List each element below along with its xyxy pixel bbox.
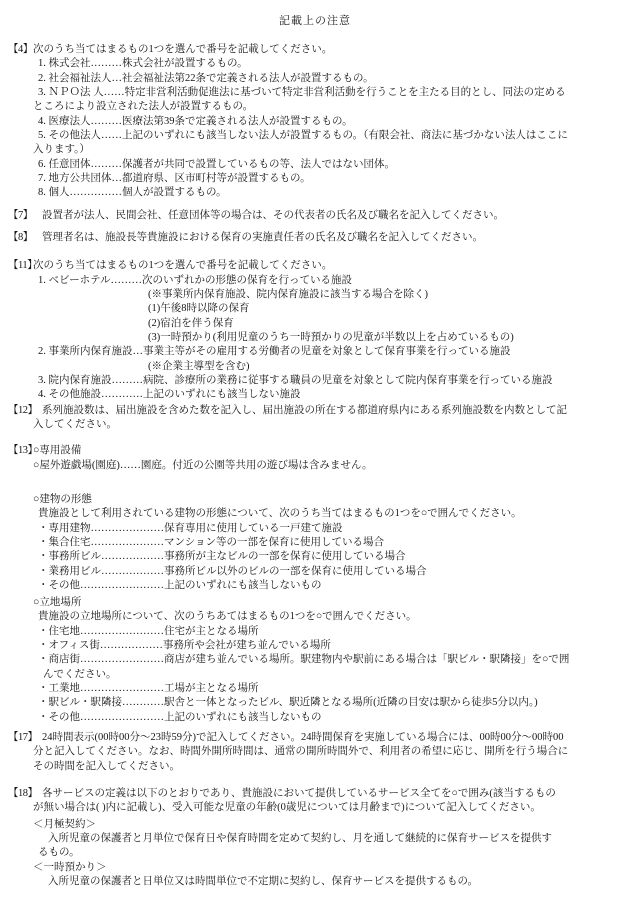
doc-line: 入ります。）	[0, 143, 630, 157]
doc-line: ＜月極契約＞	[0, 818, 630, 832]
doc-line: 6. 任意団体………保護者が共同で設置しているもの等、法人ではない団体。	[0, 158, 630, 172]
doc-line: (※企業主導型を含む)	[0, 360, 630, 374]
doc-line: 貴施設の立地場所について、次のうちあてはまるもの1つを○で囲んでください。	[0, 610, 630, 624]
doc-line: ・その他……………………上記のいずれにも該当しないもの	[0, 711, 630, 725]
doc-line: 1. 株式会社………株式会社が設置するもの。	[0, 57, 630, 71]
section-marker: 【18】	[8, 787, 38, 801]
doc-line: 【13】○専用設備	[0, 444, 630, 458]
section-marker: 【4】	[8, 43, 33, 57]
doc-line: ○建物の形態	[0, 493, 630, 507]
doc-line: 入所児童の保護者と月単位で保育日や保育時間を定めて契約し、月を通して継続的に保育…	[0, 832, 630, 846]
doc-line: ・業務用ビル………………事務所ビル以外のビルの一部を保育に使用している場合	[0, 565, 630, 579]
section-s11: 【11】次のうち当てはまるもの1つを選んで番号を記載してください。1. ベビーホ…	[0, 259, 630, 402]
doc-line: 【11】次のうち当てはまるもの1つを選んで番号を記載してください。	[0, 259, 630, 273]
doc-line: 2. 事業所内保育施設…事業主等がその雇用する労働者の児童を対象として保育事業を…	[0, 345, 630, 359]
doc-line: 8. 個人……………個人が設置するもの。	[0, 186, 630, 200]
doc-line: ・事務所ビル………………事務所が主なビルの一部を保育に使用している場合	[0, 550, 630, 564]
doc-line: ・工業地……………………工場が主となる場所	[0, 682, 630, 696]
doc-line: ○立地場所	[0, 596, 630, 610]
section-definitions: ＜月極契約＞入所児童の保護者と月単位で保育日や保育時間を定めて契約し、月を通して…	[0, 818, 630, 890]
document-body: 【4】次のうち当てはまるもの1つを選んで番号を記載してください。1. 株式会社……	[0, 43, 630, 889]
section-s4: 【4】次のうち当てはまるもの1つを選んで番号を記載してください。1. 株式会社……	[0, 43, 630, 201]
doc-line: ・専用建物…………………保育専用に使用している一戸建て施設	[0, 522, 630, 536]
doc-line: (※事業所内保育施設、院内保育施設に該当する場合を除く)	[0, 288, 630, 302]
doc-line: 3. 院内保育施設………病院、診療所の業務に従事する職員の児童を対象として院内保…	[0, 374, 630, 388]
doc-line: ・商店街……………………商店が建ち並んでいる場所。駅建物内や駅前にある場合は「駅…	[0, 653, 630, 667]
doc-line: が無い場合は( )内に記載し)、受入可能な児童の年齢(0歳児については月齢まで)…	[0, 801, 630, 815]
document-page: 記載上の注意 【4】次のうち当てはまるもの1つを選んで番号を記載してください。1…	[0, 0, 630, 903]
doc-line: 5. その他法人……上記のいずれにも該当しない法人が設置するもの。（有限会社、商…	[0, 129, 630, 143]
section-s13-building: ○建物の形態貴施設として利用されている建物の形態について、次のうち当てはまるもの…	[0, 493, 630, 593]
section-s17: 【17】24時間表示(00時00分～23時59分)で記入してください。24時間保…	[0, 731, 630, 774]
section-marker: 【11】	[8, 259, 37, 273]
doc-line: 【8】管理者名は、施設長等貴施設における保育の実施責任者の氏名及び職名を記入して…	[0, 231, 630, 245]
doc-line: んでください。	[0, 668, 630, 682]
section-marker: 【8】	[8, 231, 33, 245]
doc-line: ・その他……………………上記のいずれにも該当しないもの	[0, 579, 630, 593]
section-s18: 【18】各サービスの定義は以下のとおりであり、貴施設において提供しているサービス…	[0, 787, 630, 816]
section-marker: 【12】	[8, 404, 38, 418]
section-s8: 【8】管理者名は、施設長等貴施設における保育の実施責任者の氏名及び職名を記入して…	[0, 231, 630, 245]
doc-line: 分と記入してください。なお、時間外開所時間は、通常の開所時間外で、利用者の希望に…	[0, 745, 630, 759]
section-s13-location: ○立地場所貴施設の立地場所について、次のうちあてはまるもの1つを○で囲んでくださ…	[0, 596, 630, 725]
doc-line: 【18】各サービスの定義は以下のとおりであり、貴施設において提供しているサービス…	[0, 787, 630, 801]
doc-line: るもの。	[0, 846, 630, 860]
doc-line: 【7】設置者が法人、民間会社、任意団体等の場合は、その代表者の氏名及び職名を記入…	[0, 209, 630, 223]
doc-line: ○屋外遊戯場(園庭)……園庭。付近の公園等共用の遊び場は含みません。	[0, 459, 630, 473]
doc-line: ＜一時預かり＞	[0, 861, 630, 875]
section-marker: 【13】	[8, 444, 38, 458]
doc-line: 入所児童の保護者と日単位又は時間単位で不定期に契約し、保育サービスを提供するもの…	[0, 875, 630, 889]
doc-line: 2. 社会福祉法人…社会福祉法第22条で定義される法人が設置するもの。	[0, 72, 630, 86]
doc-line: 7. 地方公共団体…都道府県、区市町村等が設置するもの。	[0, 172, 630, 186]
doc-line: (1)午後8時以降の保育	[0, 302, 630, 316]
page-title: 記載上の注意	[0, 14, 630, 29]
doc-line: 1. ベビーホテル………次のいずれかの形態の保育を行っている施設	[0, 274, 630, 288]
doc-line: 入してください。	[0, 418, 630, 432]
section-s13: 【13】○専用設備○屋外遊戯場(園庭)……園庭。付近の公園等共用の遊び場は含みま…	[0, 444, 630, 473]
doc-line: (2)宿泊を伴う保育	[0, 317, 630, 331]
doc-line: ・集合住宅…………………マンション等の一部を保育に使用している場合	[0, 536, 630, 550]
doc-line: 【4】次のうち当てはまるもの1つを選んで番号を記載してください。	[0, 43, 630, 57]
doc-line: 4. 医療法人………医療法第39条で定義される法人が設置するもの。	[0, 115, 630, 129]
section-marker: 【7】	[8, 209, 33, 223]
doc-line: 3. ＮＰＯ法 人……特定非営利活動促進法に基づいて特定非営利活動を行うことを主…	[0, 86, 630, 100]
doc-line: その時間を記入してください。	[0, 760, 630, 774]
section-s12: 【12】系列施設数は、届出施設を含めた数を記入し、届出施設の所在する都道府県内に…	[0, 404, 630, 433]
doc-line: 貴施設として利用されている建物の形態について、次のうち当てはまるもの1つを○で囲…	[0, 507, 630, 521]
doc-line: (3)一時預かり(利用児童のうち一時預かりの児童が半数以上を占めているもの)	[0, 331, 630, 345]
section-s7: 【7】設置者が法人、民間会社、任意団体等の場合は、その代表者の氏名及び職名を記入…	[0, 209, 630, 223]
doc-line: 【17】24時間表示(00時00分～23時59分)で記入してください。24時間保…	[0, 731, 630, 745]
section-marker: 【17】	[8, 731, 38, 745]
doc-line: ところにより設立された法人が設置するもの。	[0, 100, 630, 114]
doc-line: 4. その他施設…………上記のいずれにも該当しない施設	[0, 388, 630, 402]
doc-line: ・住宅地……………………住宅が主となる場所	[0, 625, 630, 639]
doc-line: ・オフィス街………………事務所や会社が建ち並んでいる場所	[0, 639, 630, 653]
doc-line: 【12】系列施設数は、届出施設を含めた数を記入し、届出施設の所在する都道府県内に…	[0, 404, 630, 418]
doc-line: ・駅ビル・駅隣接…………駅舎と一体となったビル、駅近隣となる場所(近隣の目安は駅…	[0, 696, 630, 710]
